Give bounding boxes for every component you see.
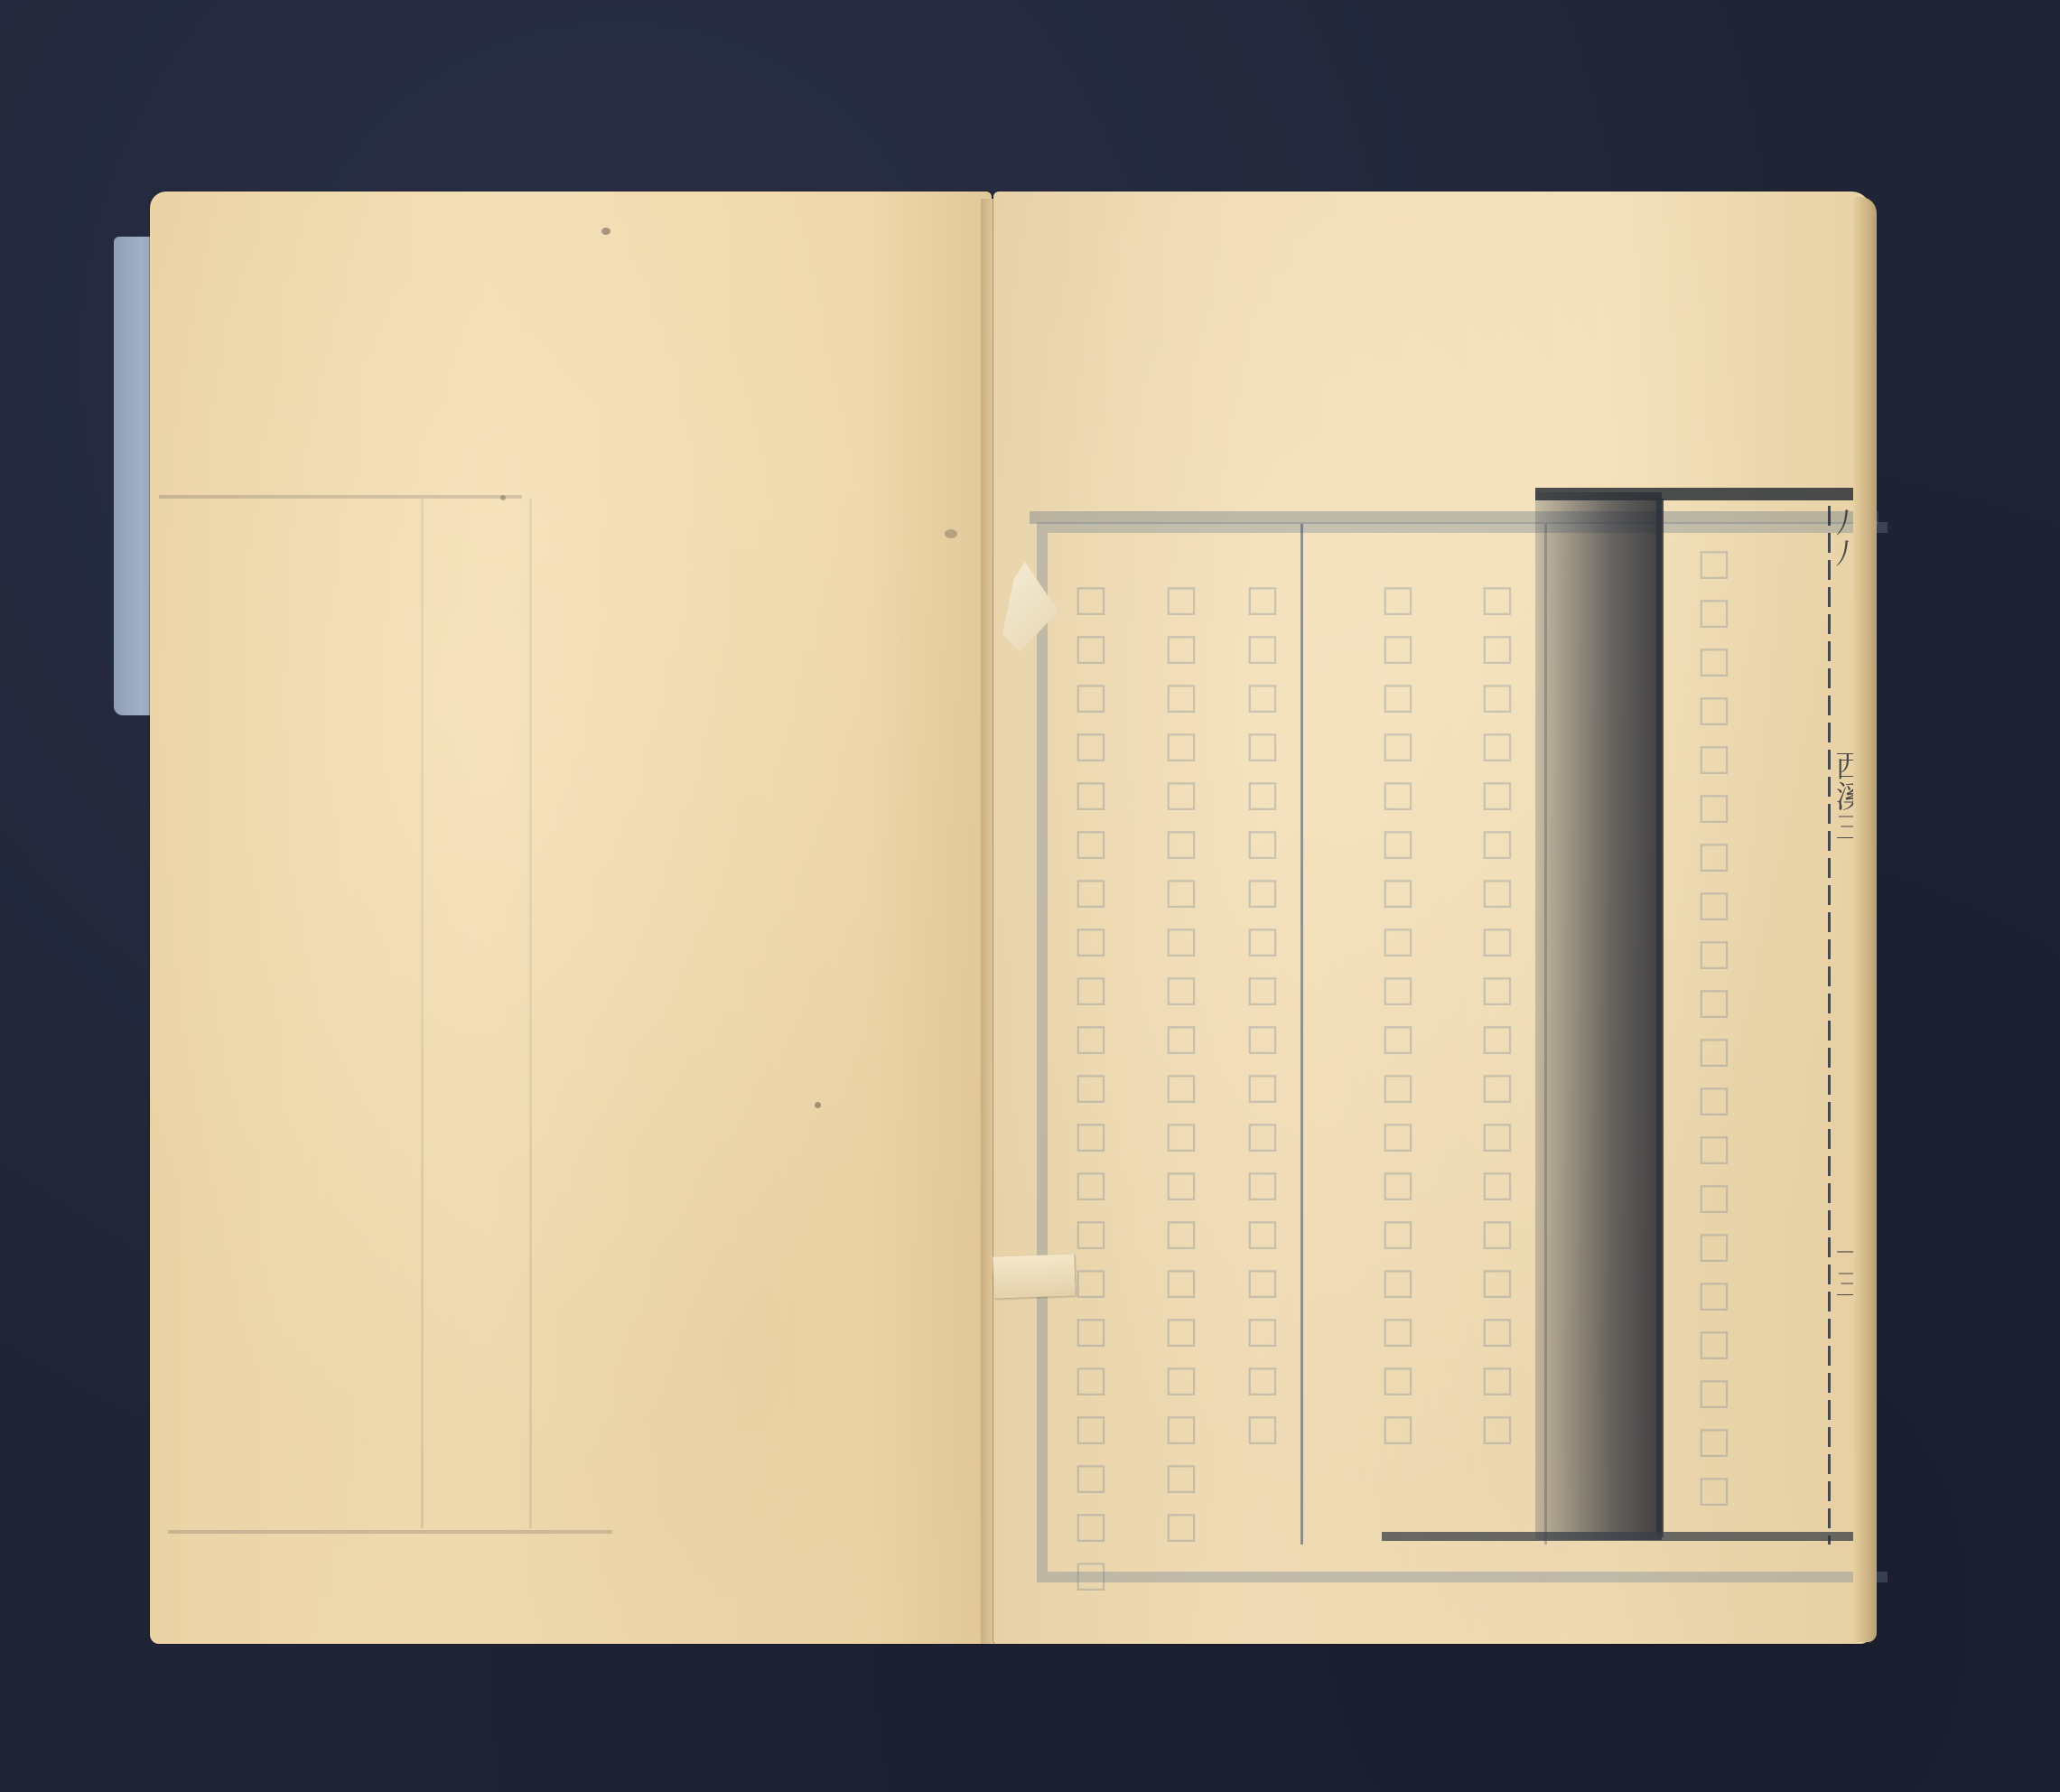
left-page-ghost-rule-top xyxy=(159,495,522,499)
ink-frame-top-rule xyxy=(1535,488,1860,500)
paper-scrap-lower xyxy=(993,1254,1076,1298)
bleed-through-text-column: □□□□□□□□□□□□□□□□□□□□□ xyxy=(1075,578,1111,1602)
bleed-through-text-column: □□□□□□□□□□□□□□□□□□ xyxy=(1481,578,1517,1456)
book-fore-edge xyxy=(1853,197,1877,1642)
bleed-through-text-column: □□□□□□□□□□□□□□□□□□ xyxy=(1382,578,1418,1456)
bleed-through-text-column: □□□□□□□□□□□□□□□□□□□□ xyxy=(1165,578,1201,1554)
ink-frame-edge xyxy=(1656,499,1664,1537)
left-page-ghost-rule-bottom xyxy=(168,1530,612,1534)
bleed-through-text-column: □□□□□□□□□□□□□□□□□□□□ xyxy=(1698,542,1734,1517)
left-page-ghost-column xyxy=(421,499,424,1528)
left-page xyxy=(150,191,992,1644)
column-rule xyxy=(1300,524,1303,1545)
paper-stain xyxy=(815,1102,821,1108)
paper-stain xyxy=(601,228,611,235)
ink-smudge-band xyxy=(1535,492,1662,1540)
paper-stain xyxy=(945,529,957,538)
paper-stain xyxy=(500,495,506,500)
ink-frame-bottom-rule xyxy=(1382,1532,1869,1541)
bleed-through-text-column: □□□□□□□□□□□□□□□□□□ xyxy=(1246,578,1282,1456)
left-page-ghost-column xyxy=(529,499,532,1528)
fold-column-rule xyxy=(1828,506,1831,1545)
